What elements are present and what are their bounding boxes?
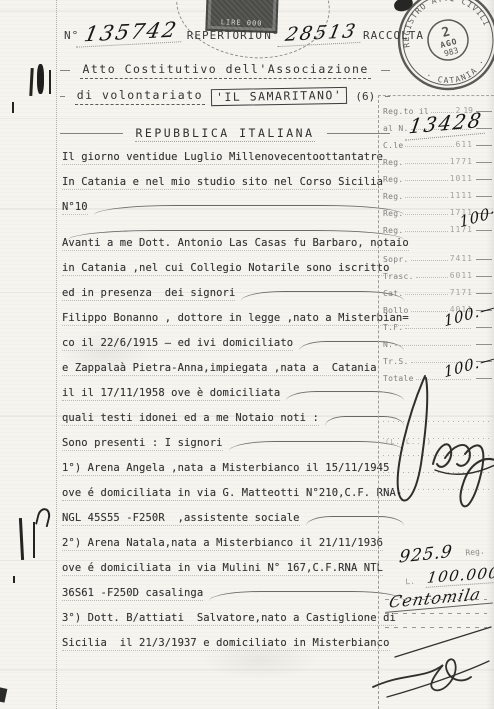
registry-row-label: N. [383, 340, 393, 349]
dash-segment [381, 70, 390, 72]
registry-row: Reg. 1011 [383, 167, 492, 184]
dash-segment [476, 230, 492, 231]
dotted-leader [416, 269, 448, 278]
registry-row-label: Trasc. [383, 272, 414, 281]
document-text-line: ed in presenza dei signori [62, 286, 404, 311]
dotted-leader [405, 189, 447, 198]
document-text-line: il il 17/11/1958 ove è domiciliata [62, 386, 404, 411]
document-text-line: ove é domiciliata in via Mulini N° 167,C… [62, 561, 404, 586]
document-text-line: 1°) Arena Angela ,nata a Misterbianco il… [62, 461, 404, 486]
registry-row-label: Tr.S. [383, 357, 409, 366]
document-text-line: co il 22/6/1915 — ed ivi domiciliato [62, 336, 404, 361]
registry-row: Reg. 1111 [383, 184, 492, 201]
registry-margin-column: Reg.to il 2 19 al N. 13428 [378, 95, 494, 709]
line-text: 1°) Arena Angela ,nata a Misterbianco il… [62, 461, 390, 476]
document-title-line1: Atto Costitutivo dell'Associazione [80, 62, 370, 79]
dash-segment [476, 196, 492, 197]
repertorio-number-handwritten: 28513 [277, 20, 365, 47]
repertorio-no-label: N° [264, 29, 279, 42]
dotted-leader [405, 286, 447, 295]
line-text: quali testi idonei ed a me Notaio noti : [62, 411, 319, 426]
repertorio-label: REPERTORIO [187, 29, 263, 42]
title-note: (6) [355, 90, 375, 103]
registry-row-label: Bollo [383, 306, 409, 315]
line-text: Il giorno ventidue Luglio Millenovecento… [62, 150, 383, 165]
dash-segment [476, 344, 492, 345]
handwritten-reg-amount: 925.9 [398, 542, 454, 568]
registry-row: Cat. 7171 [383, 281, 492, 298]
registry-round-stamp: REGISTRO ATTI CIVILI · CATANIA · 2 AGO 9… [384, 0, 494, 104]
registry-row-value: 1111 [450, 191, 473, 200]
registry-row-value: 1011 [450, 174, 473, 183]
line-text: In Catania e nel mio studio sito nel Cor… [62, 175, 383, 190]
line-text: Sono presenti : I signori [62, 436, 223, 451]
registry-row-label: Reg. [383, 209, 403, 218]
document-text-line: NGL 45S55 -F250R ,assistente sociale [62, 511, 404, 536]
document-text-line: Sono presenti : I signori [62, 436, 404, 461]
document-text-line: Filippo Bonanno , dottore in legge ,nato… [62, 311, 404, 336]
dash-segment [60, 96, 65, 98]
ink-mark [35, 507, 52, 528]
document-text-line: e Zappalaà Pietra-Anna,impiegata ,nata a… [62, 361, 404, 386]
document-text-line: ove é domiciliata in via G. Matteotti N°… [62, 486, 404, 511]
dash-segment [476, 293, 492, 294]
document-text-line: Sicilia il 21/3/1937 e domiciliato in Mi… [62, 636, 404, 661]
line-text: 36S61 -F250D casalinga [62, 586, 203, 601]
registry-row: Reg. 1171 100· [383, 218, 492, 235]
registry-row-value: 7411 [450, 254, 473, 263]
line-text: N°10 [62, 200, 88, 215]
signature-scrawl [385, 368, 494, 510]
document-text-line: 36S61 -F250D casalinga [62, 586, 404, 611]
dotted-leader [405, 155, 447, 164]
registry-row: Reg. 1771 [383, 150, 492, 167]
line-text: in Catania ,nel cui Collegio Notarile so… [62, 261, 390, 276]
handwritten-amount-words: Centomila [386, 583, 494, 612]
line-text: Filippo Bonanno , dottore in legge ,nato… [62, 311, 409, 326]
scanned-notarial-document-page: LIRE 000 REGISTRO ATTI CIVILI · CATANIA … [0, 0, 494, 709]
document-text-line [62, 225, 404, 236]
document-text-line: N°10 [62, 200, 404, 225]
document-text-line: In Catania e nel mio studio sito nel Cor… [62, 175, 404, 200]
currency-label: L. [405, 577, 415, 587]
registry-row-label: Sopr. [383, 255, 409, 264]
dotted-leader [411, 303, 448, 312]
line-text: ed in presenza dei signori [62, 286, 235, 301]
registry-row: Trasc. 6011 [383, 264, 492, 281]
left-margin-rule [56, 0, 57, 709]
dash-segment [476, 179, 492, 180]
line-text: il il 17/11/1958 ove è domiciliata [62, 386, 280, 401]
registry-row-value: 6011 [450, 271, 473, 280]
ink-mark [29, 68, 33, 96]
dotted-leader [405, 223, 447, 232]
document-text-line: Avanti a me Dott. Antonio Las Casas fu B… [62, 236, 404, 261]
association-name-boxed: 'IL SAMARITANO' [211, 87, 348, 106]
line-text: 2°) Arena Natala,nata a Misterbianco il … [62, 536, 383, 551]
ink-mark [49, 70, 51, 94]
registry-row: T.F. 100.— [383, 315, 492, 332]
document-text-line: 2°) Arena Natala,nata a Misterbianco il … [62, 536, 404, 561]
corner-ink-nick [0, 687, 7, 702]
registry-row-label: al N. [383, 124, 409, 133]
dash-segment [476, 327, 492, 328]
dash-segment [60, 70, 70, 72]
handwritten-reg-note: 925.9 Reg. [398, 539, 485, 568]
line-text: co il 22/6/1915 — ed ivi domiciliato [62, 336, 293, 351]
dash-segment [476, 259, 492, 260]
registry-row: al N. 13428 [383, 116, 492, 133]
registry-row-value: 7171 [450, 288, 473, 297]
line-text: e Zappalaà Pietra-Anna,impiegata ,nata a… [62, 361, 377, 376]
line-text: Sicilia il 21/3/1937 e domiciliato in Mi… [62, 636, 390, 651]
ruled-fill-line [209, 591, 404, 601]
deed-body-text: Il giorno ventidue Luglio Millenovecento… [62, 150, 404, 661]
registry-row-value: 1771 [450, 157, 473, 166]
republic-heading-row: REPUBBLICA ITALIANA [60, 126, 390, 142]
raccolta-label: RACCOLTA [363, 29, 424, 42]
signature-scrawl-bottom [367, 613, 493, 709]
dotted-leader [395, 337, 471, 346]
line-text: 3°) Dott. B/attiati Salvatore,nato a Cas… [62, 611, 396, 626]
registry-row-label: Reg. [383, 192, 403, 201]
document-text-line: 3°) Dott. B/attiati Salvatore,nato a Cas… [62, 611, 404, 636]
amount-in-words: Centomila [385, 583, 494, 613]
line-text: ove é domiciliata in via G. Matteotti N°… [62, 486, 402, 501]
dotted-leader [405, 206, 447, 215]
ruled-fill-line [94, 205, 404, 215]
ink-mark [33, 522, 35, 558]
reg-suffix-label: Reg. [465, 547, 485, 558]
ink-mark [37, 64, 44, 94]
document-title-line2-prefix: di volontariato [75, 88, 205, 105]
line-text: Avanti a me Dott. Antonio Las Casas fu B… [62, 236, 409, 251]
registry-row-label: Reg. [383, 175, 403, 184]
registry-row: N. [383, 332, 492, 349]
registry-row: Sopr. 7411 [383, 247, 492, 264]
dash-segment [60, 133, 123, 135]
dash-segment [476, 162, 492, 163]
dashed-leader [385, 599, 487, 600]
republic-heading: REPUBBLICA ITALIANA [135, 126, 314, 142]
dash-segment [476, 145, 492, 146]
dotted-leader [405, 172, 447, 181]
dotted-leader [411, 252, 448, 261]
document-text-line: quali testi idonei ed a me Notaio noti : [62, 411, 404, 436]
line-text: NGL 45S55 -F250R ,assistente sociale [62, 511, 300, 526]
document-text-line: in Catania ,nel cui Collegio Notarile so… [62, 261, 404, 286]
line-text: ove é domiciliata in via Mulini N° 167,C… [62, 561, 383, 576]
title-row-1: Atto Costitutivo dell'Associazione [60, 62, 390, 79]
ink-mark [19, 518, 24, 560]
title-row-2: di volontariato 'IL SAMARITANO' (6) [60, 88, 390, 105]
registry-row-label: C.le [383, 141, 403, 150]
ink-mark [12, 102, 14, 113]
registry-row-label: T.F. [383, 323, 403, 332]
registry-rows: Reg.to il 2 19 al N. 13428 [383, 99, 492, 383]
registry-row-value: 611 [456, 140, 473, 149]
registry-row-label: Reg. [383, 158, 403, 167]
document-text-line: Il giorno ventidue Luglio Millenovecento… [62, 150, 404, 175]
ink-mark [13, 576, 15, 583]
dash-segment [476, 276, 492, 277]
doc-number-handwritten: 135742 [76, 17, 186, 47]
header-line: N° 135742 REPERTORIO N° 28513 RACCOLTA [64, 20, 424, 45]
registry-row-label: Cat. [383, 289, 403, 298]
stamp-year: 983 [443, 46, 459, 58]
registry-row-label: Reg. [383, 226, 403, 235]
